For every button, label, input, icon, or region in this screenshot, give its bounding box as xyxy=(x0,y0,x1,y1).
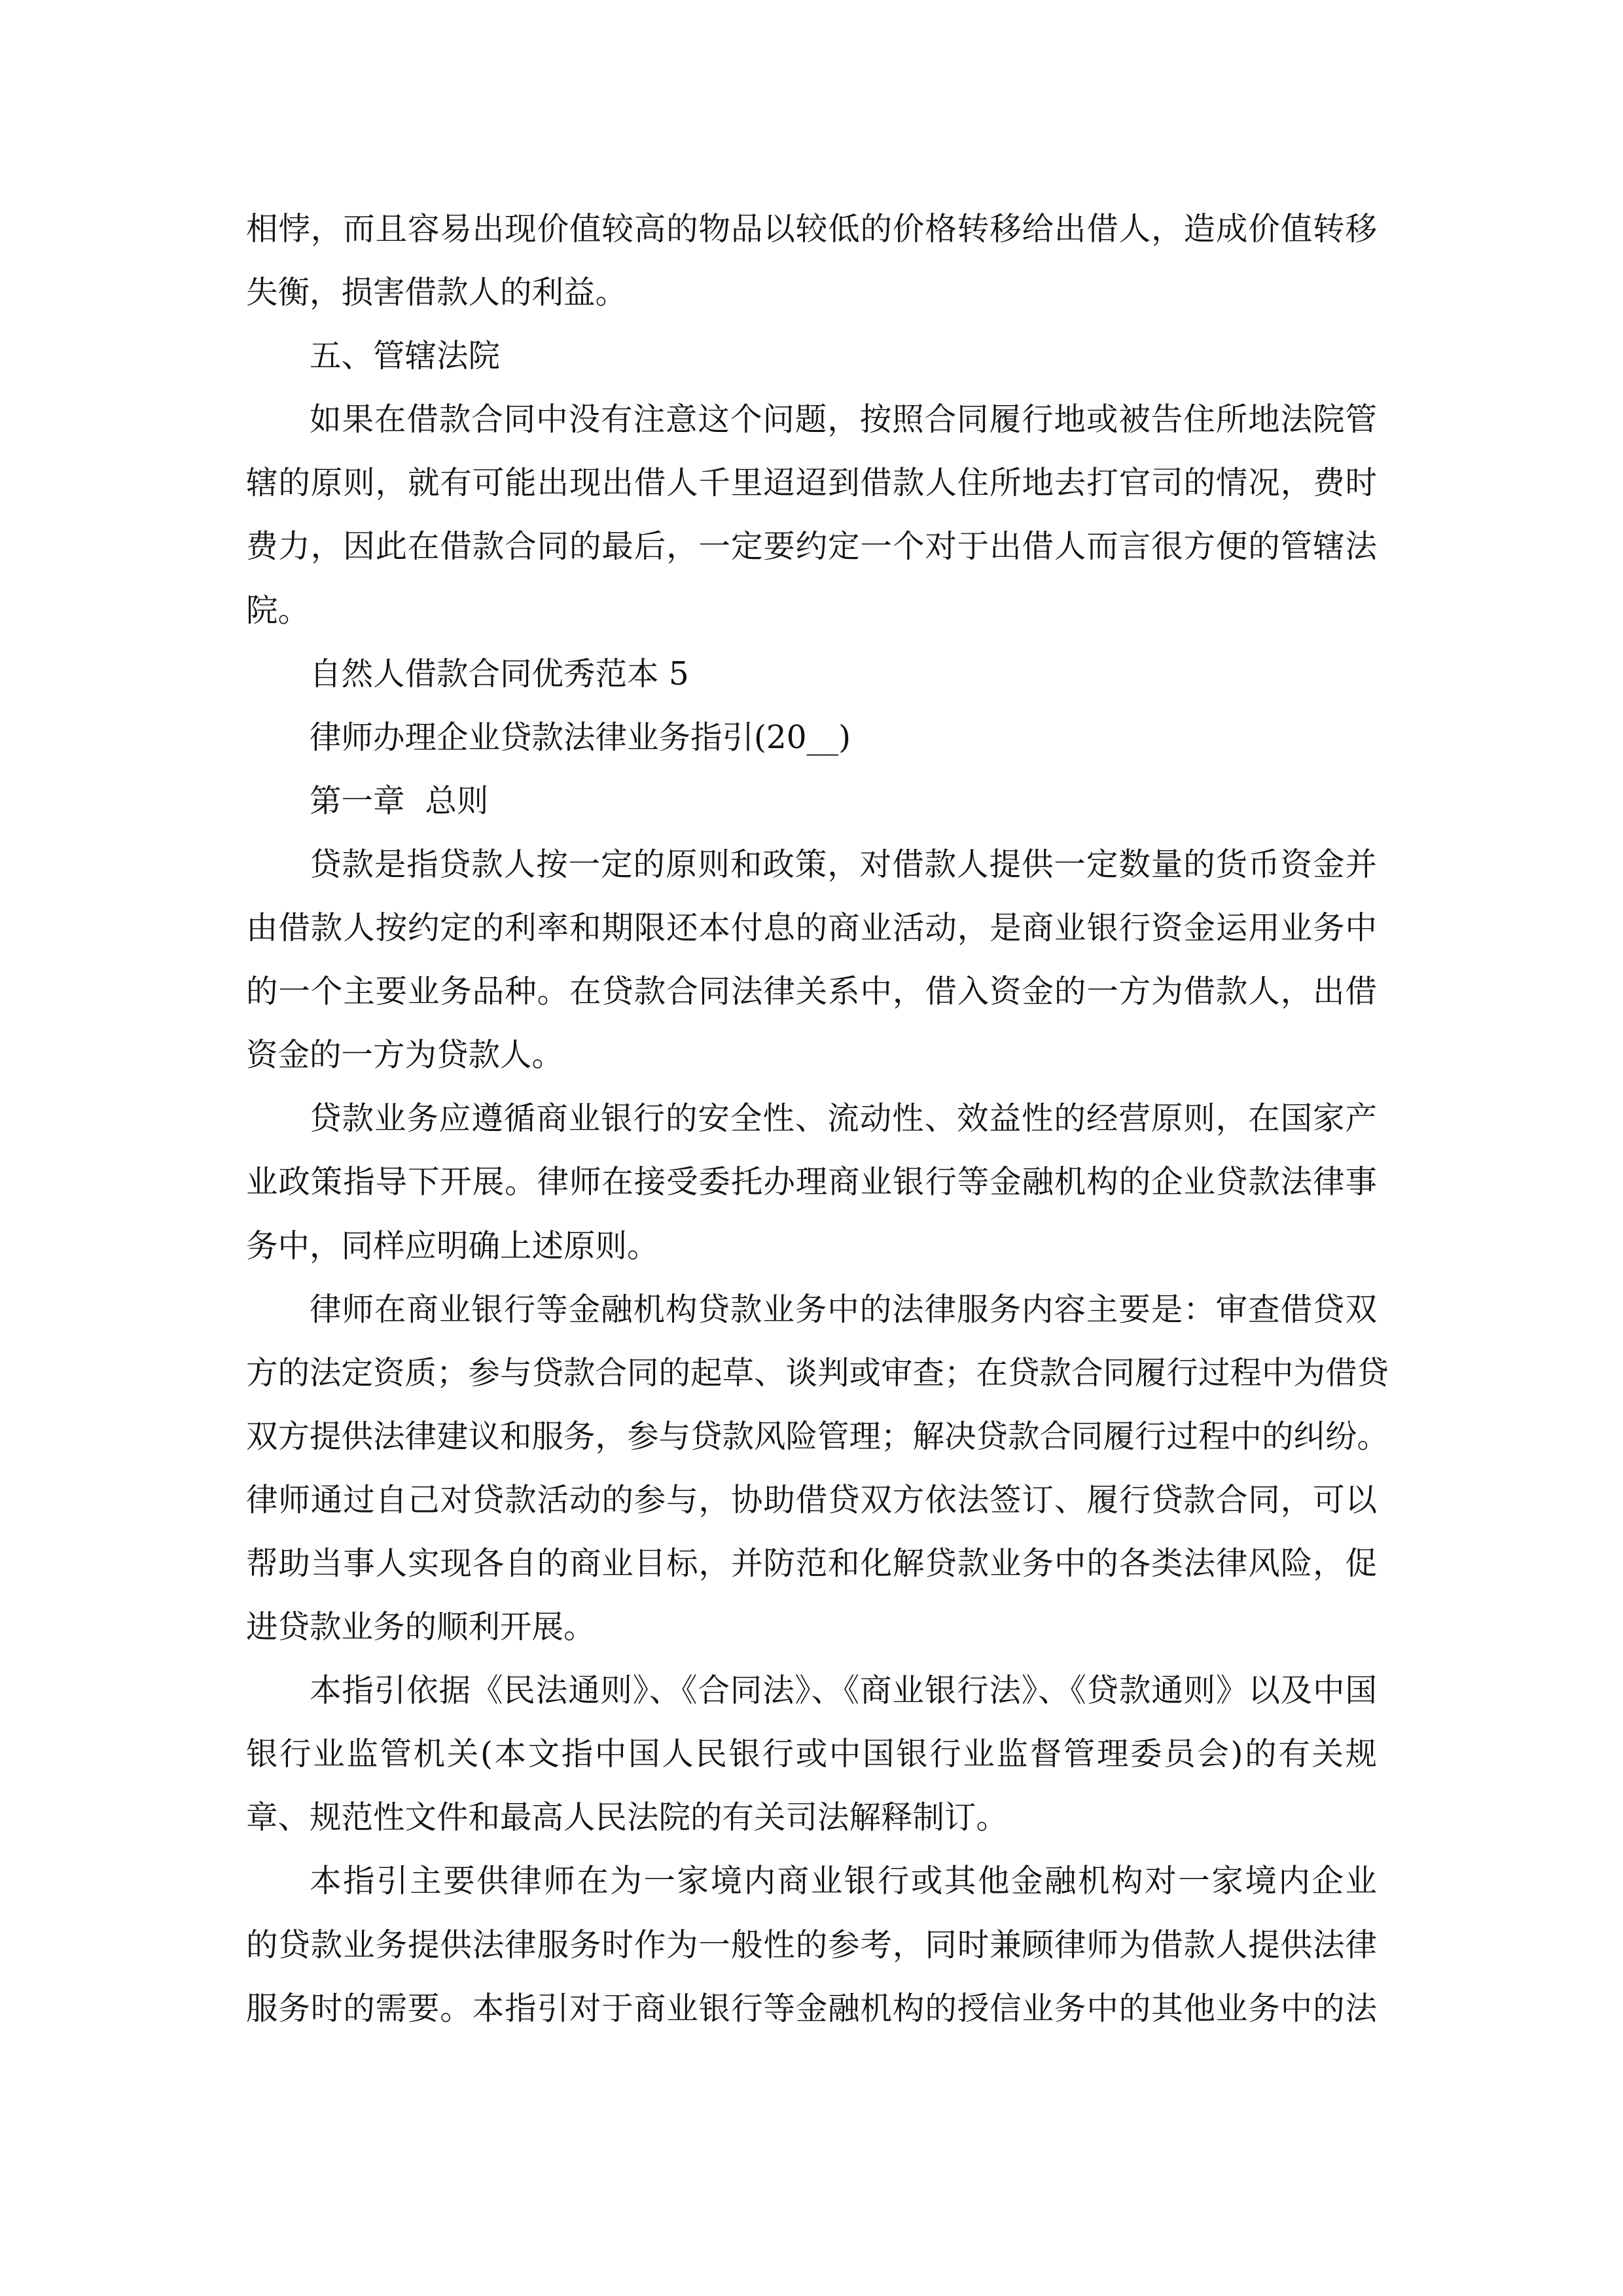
heading-text: 律师办理企业贷款法律业务指引(20__) xyxy=(246,706,1377,770)
paragraph-legal-basis: 本指引依据《民法通则》、《合同法》、《商业银行法》、《贷款通则》以及中国 银行业… xyxy=(246,1659,1377,1850)
heading-text: 自然人借款合同优秀范本 5 xyxy=(246,643,1377,706)
text-line: 贷款业务应遵循商业银行的安全性、流动性、效益性的经营原则，在国家产 xyxy=(246,1087,1377,1151)
text-line: 辖的原则，就有可能出现出借人千里迢迢到借款人住所地去打官司的情况，费时 xyxy=(246,452,1377,515)
text-line: 由借款人按约定的利率和期限还本付息的商业活动，是商业银行资金运用业务中 xyxy=(246,897,1377,960)
paragraph-loan-definition: 贷款是指贷款人按一定的原则和政策，对借款人提供一定数量的货币资金并 由借款人按约… xyxy=(246,833,1377,1087)
text-line: 资金的一方为贷款人。 xyxy=(246,1024,1377,1087)
text-line: 本指引依据《民法通则》、《合同法》、《商业银行法》、《贷款通则》以及中国 xyxy=(246,1659,1377,1723)
section-heading-jurisdiction: 五、管辖法院 xyxy=(246,325,1377,388)
text-line: 失衡，损害借款人的利益。 xyxy=(246,261,1377,325)
text-line: 院。 xyxy=(246,579,1377,643)
section-heading-sample-5: 自然人借款合同优秀范本 5 xyxy=(246,643,1377,706)
paragraph-value-transfer: 相悖，而且容易出现价值较高的物品以较低的价格转移给出借人，造成价值转移 失衡，损… xyxy=(246,198,1377,325)
text-line: 相悖，而且容易出现价值较高的物品以较低的价格转移给出借人，造成价值转移 xyxy=(246,198,1377,261)
document-title-guide: 律师办理企业贷款法律业务指引(20__) xyxy=(246,706,1377,770)
paragraph-lawyer-services: 律师在商业银行等金融机构贷款业务中的法律服务内容主要是：审查借贷双 方的法定资质… xyxy=(246,1278,1377,1660)
text-line: 服务时的需要。本指引对于商业银行等金融机构的授信业务中的其他业务中的法 xyxy=(246,1977,1377,2041)
paragraph-jurisdiction: 如果在借款合同中没有注意这个问题，按照合同履行地或被告住所地法院管 辖的原则，就… xyxy=(246,388,1377,642)
paragraph-scope: 本指引主要供律师在为一家境内商业银行或其他金融机构对一家境内企业 的贷款业务提供… xyxy=(246,1850,1377,2040)
text-line: 帮助当事人实现各自的商业目标，并防范和化解贷款业务中的各类法律风险，促 xyxy=(246,1532,1377,1596)
text-line: 如果在借款合同中没有注意这个问题，按照合同履行地或被告住所地法院管 xyxy=(246,388,1377,452)
text-line: 进贷款业务的顺利开展。 xyxy=(246,1596,1377,1659)
text-line: 费力，因此在借款合同的最后，一定要约定一个对于出借人而言很方便的管辖法 xyxy=(246,515,1377,579)
text-line: 业政策指导下开展。律师在接受委托办理商业银行等金融机构的企业贷款法律事 xyxy=(246,1151,1377,1214)
text-line: 章、规范性文件和最高人民法院的有关司法解释制订。 xyxy=(246,1786,1377,1850)
chapter-heading-general: 第一章 总则 xyxy=(246,770,1377,833)
document-page: 相悖，而且容易出现价值较高的物品以较低的价格转移给出借人，造成价值转移 失衡，损… xyxy=(246,198,1377,2041)
heading-text: 第一章 总则 xyxy=(246,770,1377,833)
text-line: 律师通过自己对贷款活动的参与，协助借贷双方依法签订、履行贷款合同，可以 xyxy=(246,1469,1377,1532)
paragraph-loan-principles: 贷款业务应遵循商业银行的安全性、流动性、效益性的经营原则，在国家产 业政策指导下… xyxy=(246,1087,1377,1278)
text-line: 方的法定资质；参与贷款合同的起草、谈判或审查；在贷款合同履行过程中为借贷 xyxy=(246,1342,1377,1405)
text-line: 的贷款业务提供法律服务时作为一般性的参考，同时兼顾律师为借款人提供法律 xyxy=(246,1914,1377,1977)
text-line: 务中，同样应明确上述原则。 xyxy=(246,1215,1377,1278)
text-line: 的一个主要业务品种。在贷款合同法律关系中，借入资金的一方为借款人，出借 xyxy=(246,960,1377,1024)
text-line: 本指引主要供律师在为一家境内商业银行或其他金融机构对一家境内企业 xyxy=(246,1850,1377,1913)
heading-text: 五、管辖法院 xyxy=(246,325,1377,388)
text-line: 贷款是指贷款人按一定的原则和政策，对借款人提供一定数量的货币资金并 xyxy=(246,833,1377,897)
text-line: 律师在商业银行等金融机构贷款业务中的法律服务内容主要是：审查借贷双 xyxy=(246,1278,1377,1342)
text-line: 银行业监管机关(本文指中国人民银行或中国银行业监督管理委员会)的有关规 xyxy=(246,1723,1377,1786)
text-line: 双方提供法律建议和服务，参与贷款风险管理；解决贷款合同履行过程中的纠纷。 xyxy=(246,1405,1377,1469)
